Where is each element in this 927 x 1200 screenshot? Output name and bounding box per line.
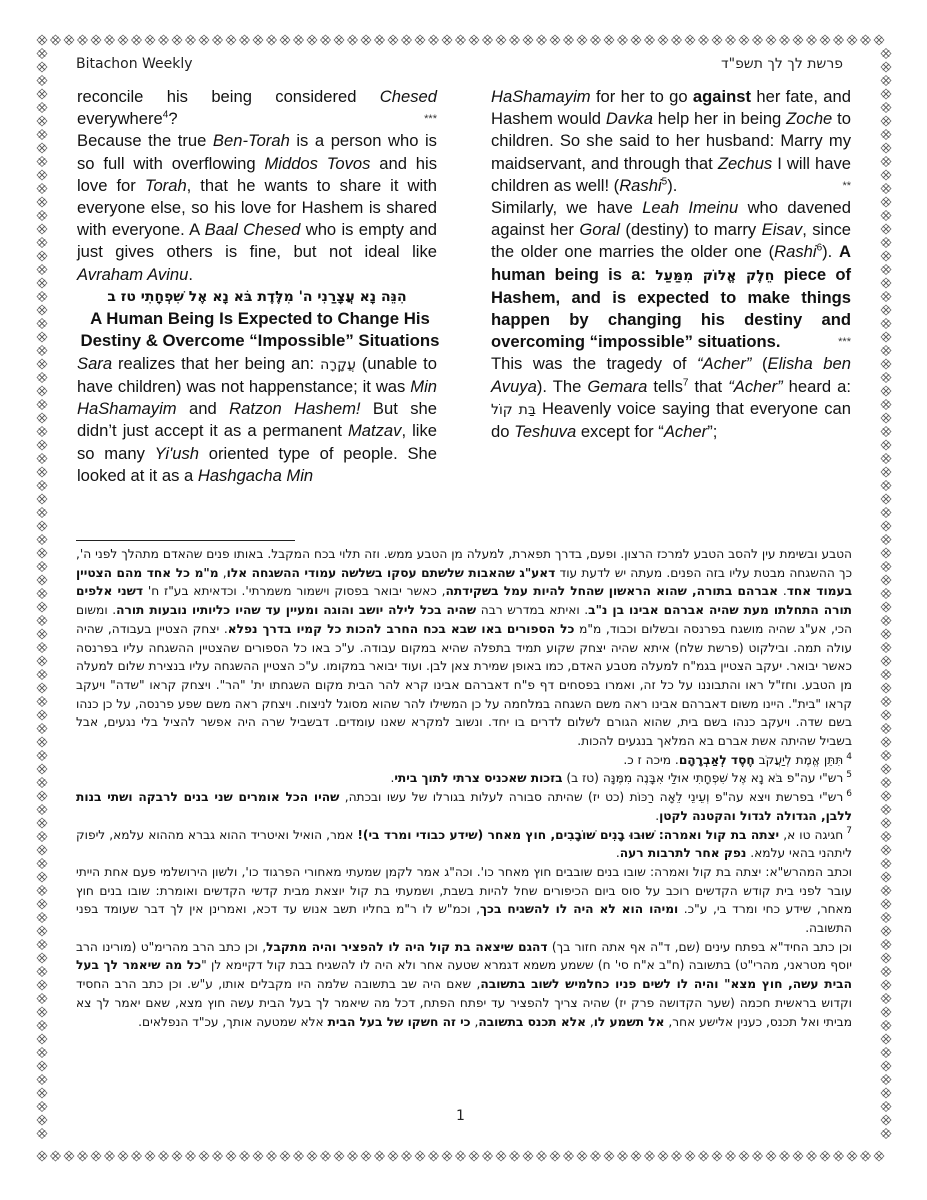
footnote-continuation: וכן כתב החיד"א בפתח עינים (שם, ד"ה אף את… bbox=[76, 938, 852, 1032]
text-run: everywhere bbox=[77, 109, 163, 128]
paragraph-3: Sara realizes that her being an: עֲקָרָה… bbox=[77, 353, 437, 487]
text-run: . יצחק הצטיין בעבודה, שהיה עולה תמה. ובי… bbox=[76, 622, 852, 748]
footnote-number: 4 bbox=[846, 752, 852, 762]
footnote-4: 4תִּתֵּן אֱמֶת לְיַעֲקֹב חֶסֶד לְאַבְרָה… bbox=[76, 751, 852, 770]
bold-text: חֶסֶד לְאַבְרָהָם bbox=[679, 753, 755, 767]
text-run: , bbox=[219, 566, 227, 580]
bold-text: בזכות שאכניס צרתי לתוך ביתי bbox=[394, 771, 562, 785]
text-run: that bbox=[688, 377, 728, 396]
italic-term: Hashgacha Min bbox=[198, 466, 313, 485]
text-run: , כאשר יבואר בפסוק וישמור משמרתי'. וכדאי… bbox=[143, 584, 445, 598]
section-heading-line-2: Destiny & Overcome “Impossible” Situatio… bbox=[71, 330, 449, 353]
bold-text: אלא תכנס בתשובה bbox=[478, 1015, 586, 1029]
footnote-6: 6רש"י בפרשת ויצא עה"פ וְעֵינֵי לֵאָה רַכ… bbox=[76, 788, 852, 825]
italic-term: Goral bbox=[579, 220, 620, 239]
text-run: ”; bbox=[707, 422, 717, 441]
right-column: HaShamayim for her to go against her fat… bbox=[491, 86, 851, 443]
italic-term: Rashi bbox=[774, 242, 816, 261]
bold-text: יצתה בת קול ואמרה: שׁוּבוּ בָנִים שׁוֹבָ… bbox=[357, 828, 779, 842]
text-run: וכן כתב החיד"א בפתח עינים (שם, ד"ה אף את… bbox=[548, 940, 852, 954]
italic-term: Torah bbox=[145, 176, 187, 195]
paragraph-runs: Similarly, we have Leah Imeinu who daven… bbox=[491, 198, 851, 351]
italic-term: Yi'ush bbox=[155, 444, 199, 463]
text-run: except for “ bbox=[576, 422, 664, 441]
text-run: חגיגה טו א, bbox=[779, 828, 843, 842]
text-run: Because the true bbox=[77, 131, 213, 150]
italic-term: Zechus bbox=[718, 154, 772, 173]
paragraph-runs: HaShamayim for her to go against her fat… bbox=[491, 87, 851, 195]
text-run: tells bbox=[647, 377, 683, 396]
bold-text: נפק אחר לתרבות רעה bbox=[620, 846, 747, 860]
italic-term: Eisav bbox=[762, 220, 803, 239]
italic-term: Leah Imeinu bbox=[642, 198, 738, 217]
publication-title: Bitachon Weekly bbox=[76, 56, 193, 72]
text-run: ? bbox=[168, 109, 177, 128]
italic-term: Chesed bbox=[380, 87, 437, 106]
text-run: רש"י בפרשת ויצא עה"פ וְעֵינֵי לֵאָה רַכּ… bbox=[339, 790, 843, 804]
italic-term: Middos Tovos bbox=[264, 154, 370, 173]
left-column: reconcile his being considered Chesed ev… bbox=[77, 86, 437, 487]
text-run: תִּתֵּן אֱמֶת לְיַעֲקֹב bbox=[755, 753, 844, 767]
page-number: 1 bbox=[456, 1108, 465, 1124]
bold-text: ומיהו הוא לא היה לו להשגיח בכך bbox=[480, 902, 678, 916]
text-run: . ואיתא במדרש רבה bbox=[476, 603, 588, 617]
hebrew-term-bold: חֵלֶק אֱלוֹק מִמַּעַל bbox=[655, 268, 774, 284]
hebrew-term: בַּת קוֹל bbox=[491, 402, 536, 418]
italic-term: Rashi bbox=[619, 176, 661, 195]
italic-term: Matzav bbox=[348, 421, 401, 440]
italic-term: “Acher” bbox=[728, 377, 782, 396]
text-run: and bbox=[177, 399, 230, 418]
bold-text: against bbox=[693, 87, 751, 106]
footnote-5: 5רש"י עה"פ בֹּא נָא אֶל שִׁפְחָתִי אוּלַ… bbox=[76, 769, 852, 788]
section-break-stars: *** bbox=[424, 108, 437, 130]
bold-text: שהיה בכל לילה יושב והוגה ומעיין עד שהיו … bbox=[116, 603, 476, 617]
footnote-number: 6 bbox=[846, 789, 852, 799]
parsha-title: פרשת לך לך תשפ"ד bbox=[721, 56, 843, 72]
footnote-number: 7 bbox=[846, 826, 852, 836]
italic-term: “Acher” bbox=[697, 354, 751, 373]
italic-term: Zoche bbox=[786, 109, 832, 128]
italic-term: Teshuva bbox=[514, 422, 576, 441]
text-run: realizes that her being an: bbox=[112, 354, 320, 373]
paragraph-2: Similarly, we have Leah Imeinu who daven… bbox=[491, 197, 851, 353]
section-heading: A Human Being Is Expected to Change His … bbox=[71, 308, 449, 353]
text-run: , bbox=[586, 1015, 594, 1029]
text-run: . מיכה ז כ. bbox=[623, 753, 678, 767]
section-break-stars: ** bbox=[842, 175, 851, 197]
text-run: (destiny) to marry bbox=[620, 220, 762, 239]
text-run: Similarly, we have bbox=[491, 198, 642, 217]
text-run: heard a: bbox=[783, 377, 851, 396]
bold-text: דאע"ג שהאבות שלשתם עסקו בשלשה עמודי ההשג… bbox=[227, 566, 556, 580]
italic-term: Ben-Torah bbox=[213, 131, 290, 150]
italic-term: Sara bbox=[77, 354, 112, 373]
paragraph-2: Because the true Ben-Torah is a person w… bbox=[77, 130, 437, 285]
footnotes: הטבע ובשימת עין להסב הטבע למרכז הרצון. ו… bbox=[76, 545, 852, 1031]
text-run: . bbox=[778, 584, 787, 598]
bold-text: אל תשמע לו bbox=[594, 1015, 665, 1029]
text-run: reconcile his being considered bbox=[77, 87, 380, 106]
italic-term: HaShamayim bbox=[491, 87, 591, 106]
verse-heading: הִנֵּה נָא עֲצָרַנִי ה' מִלֶּדֶת בֹּא נָ… bbox=[77, 286, 437, 308]
running-header: Bitachon Weekly פרשת לך לך תשפ"ד bbox=[76, 56, 851, 78]
italic-term: Avraham Avinu bbox=[77, 265, 188, 284]
text-run: ( bbox=[751, 354, 767, 373]
bold-text: דהגם שיצאה בת קול היה לו להפציר והיה מתק… bbox=[266, 940, 547, 954]
footnote-continuation: הטבע ובשימת עין להסב הטבע למרכז הרצון. ו… bbox=[76, 545, 852, 751]
text-run: ). bbox=[667, 176, 677, 195]
text-run: אלא שמטעה אותך, עכ"ד הנפלאים. bbox=[138, 1015, 327, 1029]
bold-text: כל הספורים באו שבא בכח החרב להכות כל קמי… bbox=[228, 622, 575, 636]
text-run: ). bbox=[822, 242, 839, 261]
paragraph-3: This was the tragedy of “Acher” (Elisha … bbox=[491, 353, 851, 443]
text-run: This was the tragedy of bbox=[491, 354, 697, 373]
footnote-continuation: וכתב המהרש"א: יצתה בת קול ואמרה: שובו בנ… bbox=[76, 863, 852, 938]
text-run: for her to go bbox=[591, 87, 693, 106]
italic-term: Ratzon Hashem! bbox=[229, 399, 360, 418]
text-run: . bbox=[188, 265, 193, 284]
footnote-7: 7חגיגה טו א, יצתה בת קול ואמרה: שׁוּבוּ … bbox=[76, 826, 852, 863]
bold-text: אברהם בתורה, שהוא הראשון שהחל להיות עמל … bbox=[445, 584, 778, 598]
italic-term: Acher bbox=[664, 422, 707, 441]
hebrew-term: עֲקָרָה bbox=[320, 357, 356, 373]
section-break-stars: *** bbox=[838, 331, 851, 353]
text-run: רש"י עה"פ בֹּא נָא אֶל שִׁפְחָתִי אוּלַי… bbox=[563, 771, 844, 785]
section-heading-line-1: A Human Being Is Expected to Change His bbox=[71, 308, 449, 331]
italic-term: Baal Chesed bbox=[205, 220, 301, 239]
text-run: help her in being bbox=[653, 109, 786, 128]
footnote-number: 5 bbox=[846, 770, 852, 780]
footnote-separator bbox=[76, 540, 295, 541]
paragraph-1: HaShamayim for her to go against her fat… bbox=[491, 86, 851, 197]
bold-text: כי זה חשקו של בעל הבית bbox=[328, 1015, 471, 1029]
italic-term: Gemara bbox=[587, 377, 647, 396]
paragraph-1: reconcile his being considered Chesed ev… bbox=[77, 86, 437, 130]
text-run: ). The bbox=[537, 377, 588, 396]
italic-term: Davka bbox=[606, 109, 653, 128]
